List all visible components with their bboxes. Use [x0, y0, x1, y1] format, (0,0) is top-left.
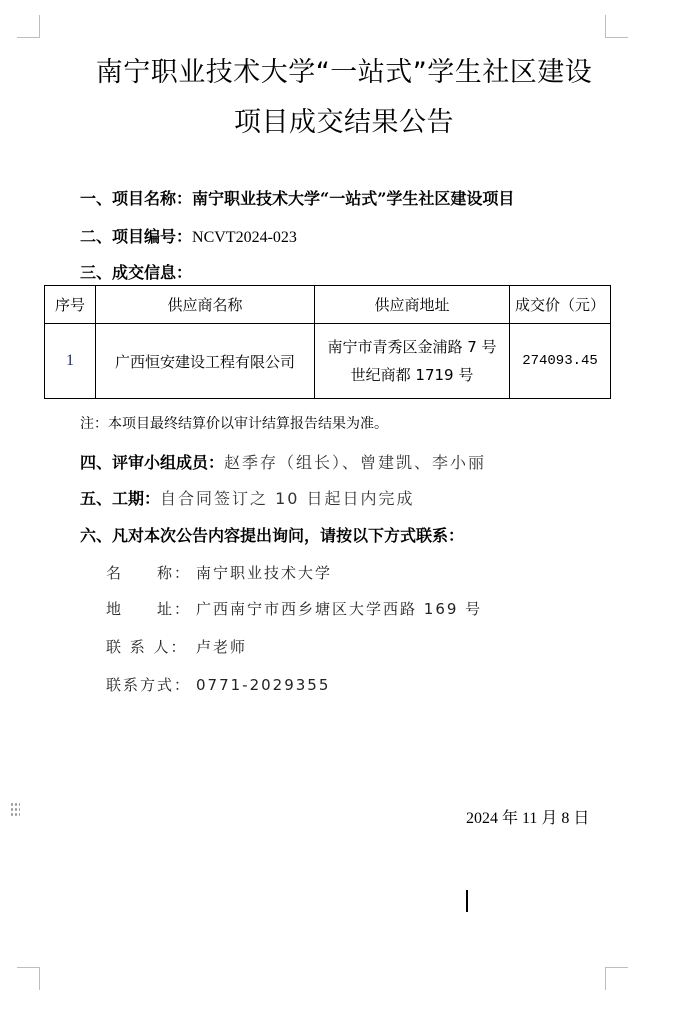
- text-cursor: [466, 890, 468, 912]
- table-header-row: 序号 供应商名称 供应商地址 成交价（元）: [45, 286, 611, 324]
- review-team-line: 四、评审小组成员：赵季存（组长）、曾建凯、李小丽: [80, 450, 486, 473]
- contact-person-value: 卢老师: [196, 638, 247, 656]
- page-corner-top-left: [17, 15, 40, 38]
- project-code-line: 二、项目编号：NCVT2024-023: [80, 224, 297, 247]
- document-title-line1: 南宁职业技术大学“一站式”学生社区建设: [0, 50, 688, 89]
- settlement-note: 注：本项目最终结算价以审计结算报告结果为准。: [80, 413, 388, 433]
- page-corner-bottom-left: [17, 967, 40, 990]
- document-title-line2: 项目成交结果公告: [0, 100, 688, 139]
- page-corner-bottom-right: [605, 967, 628, 990]
- page-corner-top-right: [605, 15, 628, 38]
- contact-person-label: 联 系 人：: [106, 636, 196, 657]
- project-name-label: 一、项目名称：: [80, 189, 192, 208]
- header-deal-price: 成交价（元）: [510, 286, 611, 324]
- cell-supplier-address: 南宁市青秀区金浦路 7 号 世纪商都 1719 号: [315, 324, 510, 399]
- project-name-value: 南宁职业技术大学“一站式”学生社区建设项目: [192, 189, 514, 208]
- cell-index: 1: [45, 324, 96, 399]
- contact-name-line: 名 称：南宁职业技术大学: [106, 562, 332, 583]
- duration-label: 五、工期：: [80, 489, 160, 508]
- contact-address-label: 地 址：: [106, 598, 196, 619]
- project-name-line: 一、项目名称：南宁职业技术大学“一站式”学生社区建设项目: [80, 186, 514, 209]
- table-row: 1 广西恒安建设工程有限公司 南宁市青秀区金浦路 7 号 世纪商都 1719 号…: [45, 324, 611, 399]
- contact-address-value: 广西南宁市西乡塘区大学西路 169 号: [196, 600, 482, 618]
- cell-supplier-name: 广西恒安建设工程有限公司: [96, 324, 315, 399]
- contact-person-line: 联 系 人：卢老师: [106, 636, 247, 657]
- header-supplier-name: 供应商名称: [96, 286, 315, 324]
- contact-phone-line: 联系方式：0771-2029355: [106, 674, 330, 695]
- contact-name-label: 名 称：: [106, 562, 196, 583]
- announcement-date: 2024 年 11 月 8 日: [466, 805, 589, 828]
- project-code-label: 二、项目编号：: [80, 227, 192, 246]
- address-line1: 南宁市青秀区金浦路 7 号: [315, 333, 509, 361]
- duration-line: 五、工期：自合同签订之 10 日起日内完成: [80, 486, 415, 509]
- header-supplier-address: 供应商地址: [315, 286, 510, 324]
- contact-address-line: 地 址：广西南宁市西乡塘区大学西路 169 号: [106, 598, 482, 619]
- duration-value: 自合同签订之 10 日起日内完成: [160, 489, 415, 508]
- deal-info-label: 三、成交信息：: [80, 260, 192, 283]
- review-team-label: 四、评审小组成员：: [80, 453, 224, 472]
- inquiry-label: 六、凡对本次公告内容提出询问，请按以下方式联系：: [80, 523, 464, 546]
- address-line2: 世纪商都 1719 号: [315, 361, 509, 389]
- cell-deal-price: 274093.45: [510, 324, 611, 399]
- contact-phone-value: 0771-2029355: [196, 676, 330, 694]
- review-team-value: 赵季存（组长）、曾建凯、李小丽: [224, 453, 486, 472]
- contact-phone-label: 联系方式：: [106, 674, 196, 695]
- deal-table: 序号 供应商名称 供应商地址 成交价（元） 1 广西恒安建设工程有限公司 南宁市…: [44, 285, 611, 399]
- header-index: 序号: [45, 286, 96, 324]
- drag-handle-icon[interactable]: [10, 802, 20, 818]
- contact-name-value: 南宁职业技术大学: [196, 564, 332, 582]
- project-code-value: NCVT2024-023: [192, 229, 297, 246]
